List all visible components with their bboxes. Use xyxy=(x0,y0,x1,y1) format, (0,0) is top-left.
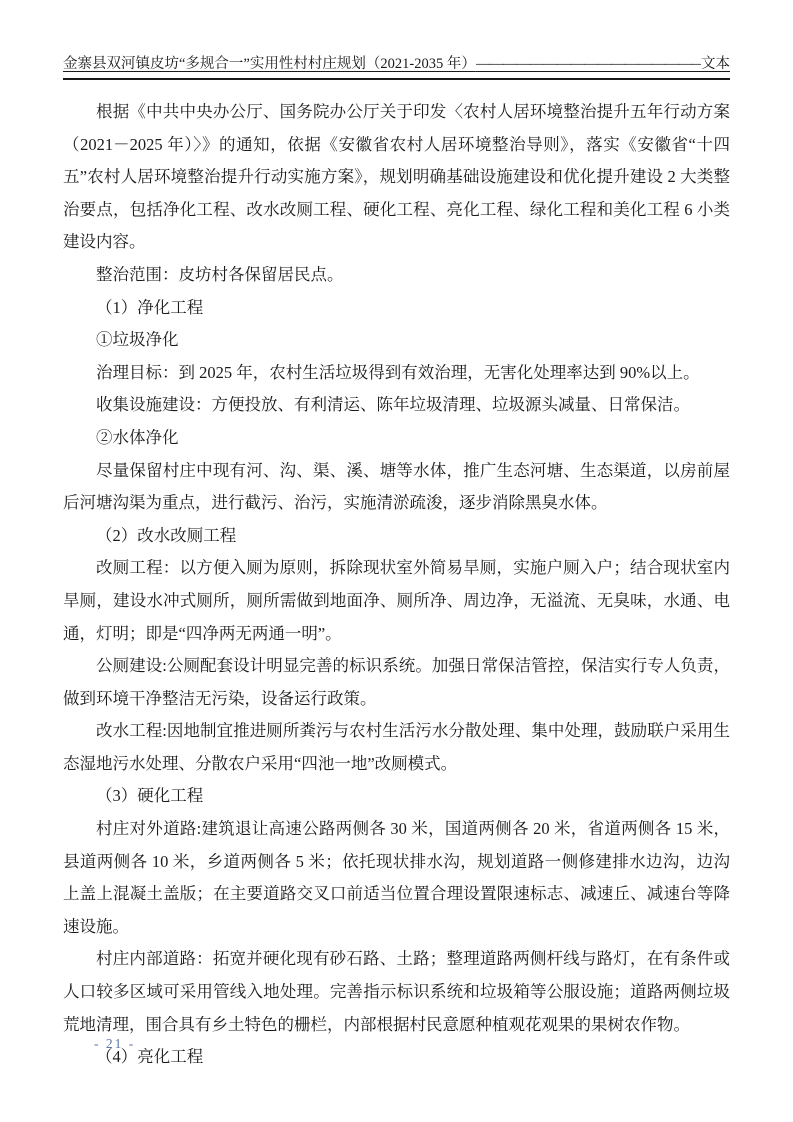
paragraph-scope: 整治范围：皮坊村各保留居民点。 xyxy=(63,259,730,292)
heading-purification-project: （1）净化工程 xyxy=(63,292,730,325)
document-page: 金寨县双河镇皮坊“多规合一”实用性村村庄规划（2021-2035 年） ————… xyxy=(0,0,793,1122)
paragraph-water-bodies: 尽量保留村庄中现有河、沟、渠、溪、塘等水体，推广生态河塘、生态渠道，以房前屋后河… xyxy=(63,455,730,520)
paragraph-collection-facilities: 收集设施建设：方便投放、有利清运、陈年垃圾清理、垃圾源头减量、日常保洁。 xyxy=(63,389,730,422)
subheading-water-purification: ②水体净化 xyxy=(63,422,730,455)
subheading-garbage-purification: ①垃圾净化 xyxy=(63,324,730,357)
paragraph-public-toilet: 公厕建设:公厕配套设计明显完善的标识系统。加强日常保洁管控，保洁实行专人负责，做… xyxy=(63,650,730,715)
paragraph-internal-roads: 村庄内部道路：拓宽并硬化现有砂石路、土路；整理道路两侧杆线与路灯，在有条件或人口… xyxy=(63,943,730,1041)
page-header-title: 金寨县双河镇皮坊“多规合一”实用性村村庄规划（2021-2035 年） xyxy=(63,54,476,74)
paragraph-toilet-renovation: 改厕工程：以方便入厕为原则，拆除现状室外简易旱厕，实施户厕入户；结合现状室内旱厕… xyxy=(63,552,730,650)
heading-water-toilet-project: （2）改水改厕工程 xyxy=(63,520,730,553)
paragraph-external-roads: 村庄对外道路:建筑退让高速公路两侧各 30 米，国道两侧各 20 米，省道两侧各… xyxy=(63,813,730,943)
heading-hardening-project: （3）硬化工程 xyxy=(63,780,730,813)
paragraph-treatment-goal: 治理目标：到 2025 年，农村生活垃圾得到有效治理，无害化处理率达到 90%以… xyxy=(63,357,730,390)
page-header-line: 金寨县双河镇皮坊“多规合一”实用性村村庄规划（2021-2035 年） ————… xyxy=(63,54,730,74)
page-header-dash-leader: ———————————————————————————————————————— xyxy=(476,54,701,74)
page-header-label: 文本 xyxy=(701,54,730,74)
page-number: - 21 - xyxy=(94,1036,135,1052)
paragraph-water-renovation: 改水工程:因地制宜推进厕所粪污与农村生活污水分散处理、集中处理，鼓励联户采用生态… xyxy=(63,715,730,780)
document-body: 根据《中共中央办公厅、国务院办公厅关于印发〈农村人居环境整治提升五年行动方案（2… xyxy=(63,96,730,1074)
page-header: 金寨县双河镇皮坊“多规合一”实用性村村庄规划（2021-2035 年） ————… xyxy=(63,54,730,80)
heading-lighting-project: （4）亮化工程 xyxy=(63,1041,730,1074)
paragraph-policy-basis: 根据《中共中央办公厅、国务院办公厅关于印发〈农村人居环境整治提升五年行动方案（2… xyxy=(63,96,730,259)
